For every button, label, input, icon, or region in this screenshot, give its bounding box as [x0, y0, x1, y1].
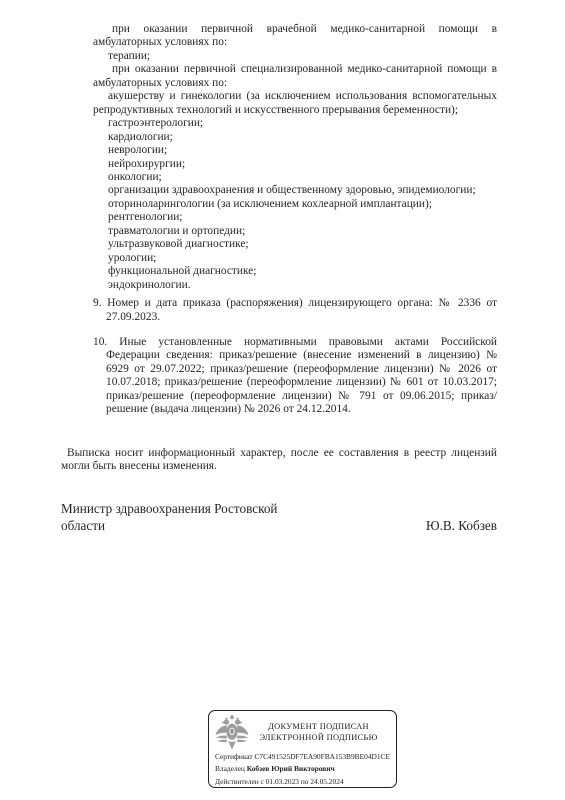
activity-primary-care: при оказании первичной врачебной медико-… [93, 23, 497, 50]
specialty-item: неврологии; [93, 144, 497, 157]
stamp-certificate-line: Сертификат C7C491525DF7EA90FBA153B9BE04D… [209, 751, 396, 763]
stamp-title-line-2: ЭЛЕКТРОННОЙ ПОДПИСЬЮ [250, 733, 387, 744]
specialty-item: акушерству и гинекологии (за исключением… [93, 90, 497, 117]
document-page: при оказании первичной врачебной медико-… [0, 0, 565, 800]
signature-block: Министр здравоохранения Ростовской облас… [61, 501, 497, 534]
clause-9: 9. Номер и дата приказа (распоряжения) л… [93, 297, 497, 324]
stamp-header: ДОКУМЕНТ ПОДПИСАН ЭЛЕКТРОННОЙ ПОДПИСЬЮ [209, 711, 396, 751]
clause-9-number: 9. [93, 297, 102, 309]
specialty-item: функциональной диагностике; [93, 265, 497, 278]
specialty-item: нейрохирургии; [93, 158, 497, 171]
owner-name: Кобзев Юрий Викторович [247, 764, 335, 773]
signatory-name: Ю.В. Кобзев [426, 518, 497, 535]
specialty-item: организации здравоохранения и общественн… [93, 184, 497, 197]
license-activities-section: при оказании первичной врачебной медико-… [93, 23, 497, 292]
certificate-number: C7C491525DF7EA90FBA153B9BE04D1CE [254, 752, 390, 761]
coat-of-arms-icon [214, 714, 250, 751]
specialty-item: терапии; [93, 50, 497, 63]
specialty-item: гастроэнтерологии; [93, 117, 497, 130]
certificate-label: Сертификат [215, 752, 253, 761]
clause-9-text: Номер и дата приказа (распоряжения) лице… [106, 297, 497, 322]
electronic-signature-stamp: ДОКУМЕНТ ПОДПИСАН ЭЛЕКТРОННОЙ ПОДПИСЬЮ С… [208, 710, 397, 788]
clause-10: 10. Иные установленные нормативными прав… [93, 336, 497, 417]
specialty-item: рентгенологии; [93, 211, 497, 224]
stamp-title: ДОКУМЕНТ ПОДПИСАН ЭЛЕКТРОННОЙ ПОДПИСЬЮ [250, 722, 391, 744]
stamp-validity-line: Действителен с 01.03.2023 по 24.05.2024 [209, 776, 396, 788]
stamp-title-line-1: ДОКУМЕНТ ПОДПИСАН [250, 722, 387, 733]
owner-label: Владелец [215, 764, 245, 773]
informational-note: Выписка носит информационный характер, п… [61, 447, 497, 475]
clause-10-text: Иные установленные нормативными правовым… [106, 336, 497, 415]
clause-10-number: 10. [93, 336, 107, 348]
specialty-item: ультразвуковой диагностике; [93, 238, 497, 251]
specialty-item: кардиологии; [93, 131, 497, 144]
activity-specialized-care: при оказании первичной специализированно… [93, 63, 497, 90]
document-body: при оказании первичной врачебной медико-… [93, 23, 497, 534]
specialty-item: оториноларингологии (за исключением кохл… [93, 198, 497, 211]
specialty-item: эндокринологии. [93, 279, 497, 292]
stamp-owner-line: Владелец Кобзев Юрий Викторович [209, 763, 396, 775]
signatory-position: Министр здравоохранения Ростовской облас… [61, 501, 301, 534]
specialty-item: травматологии и ортопедии; [93, 225, 497, 238]
specialty-item: онкологии; [93, 171, 497, 184]
specialty-item: урологии; [93, 252, 497, 265]
